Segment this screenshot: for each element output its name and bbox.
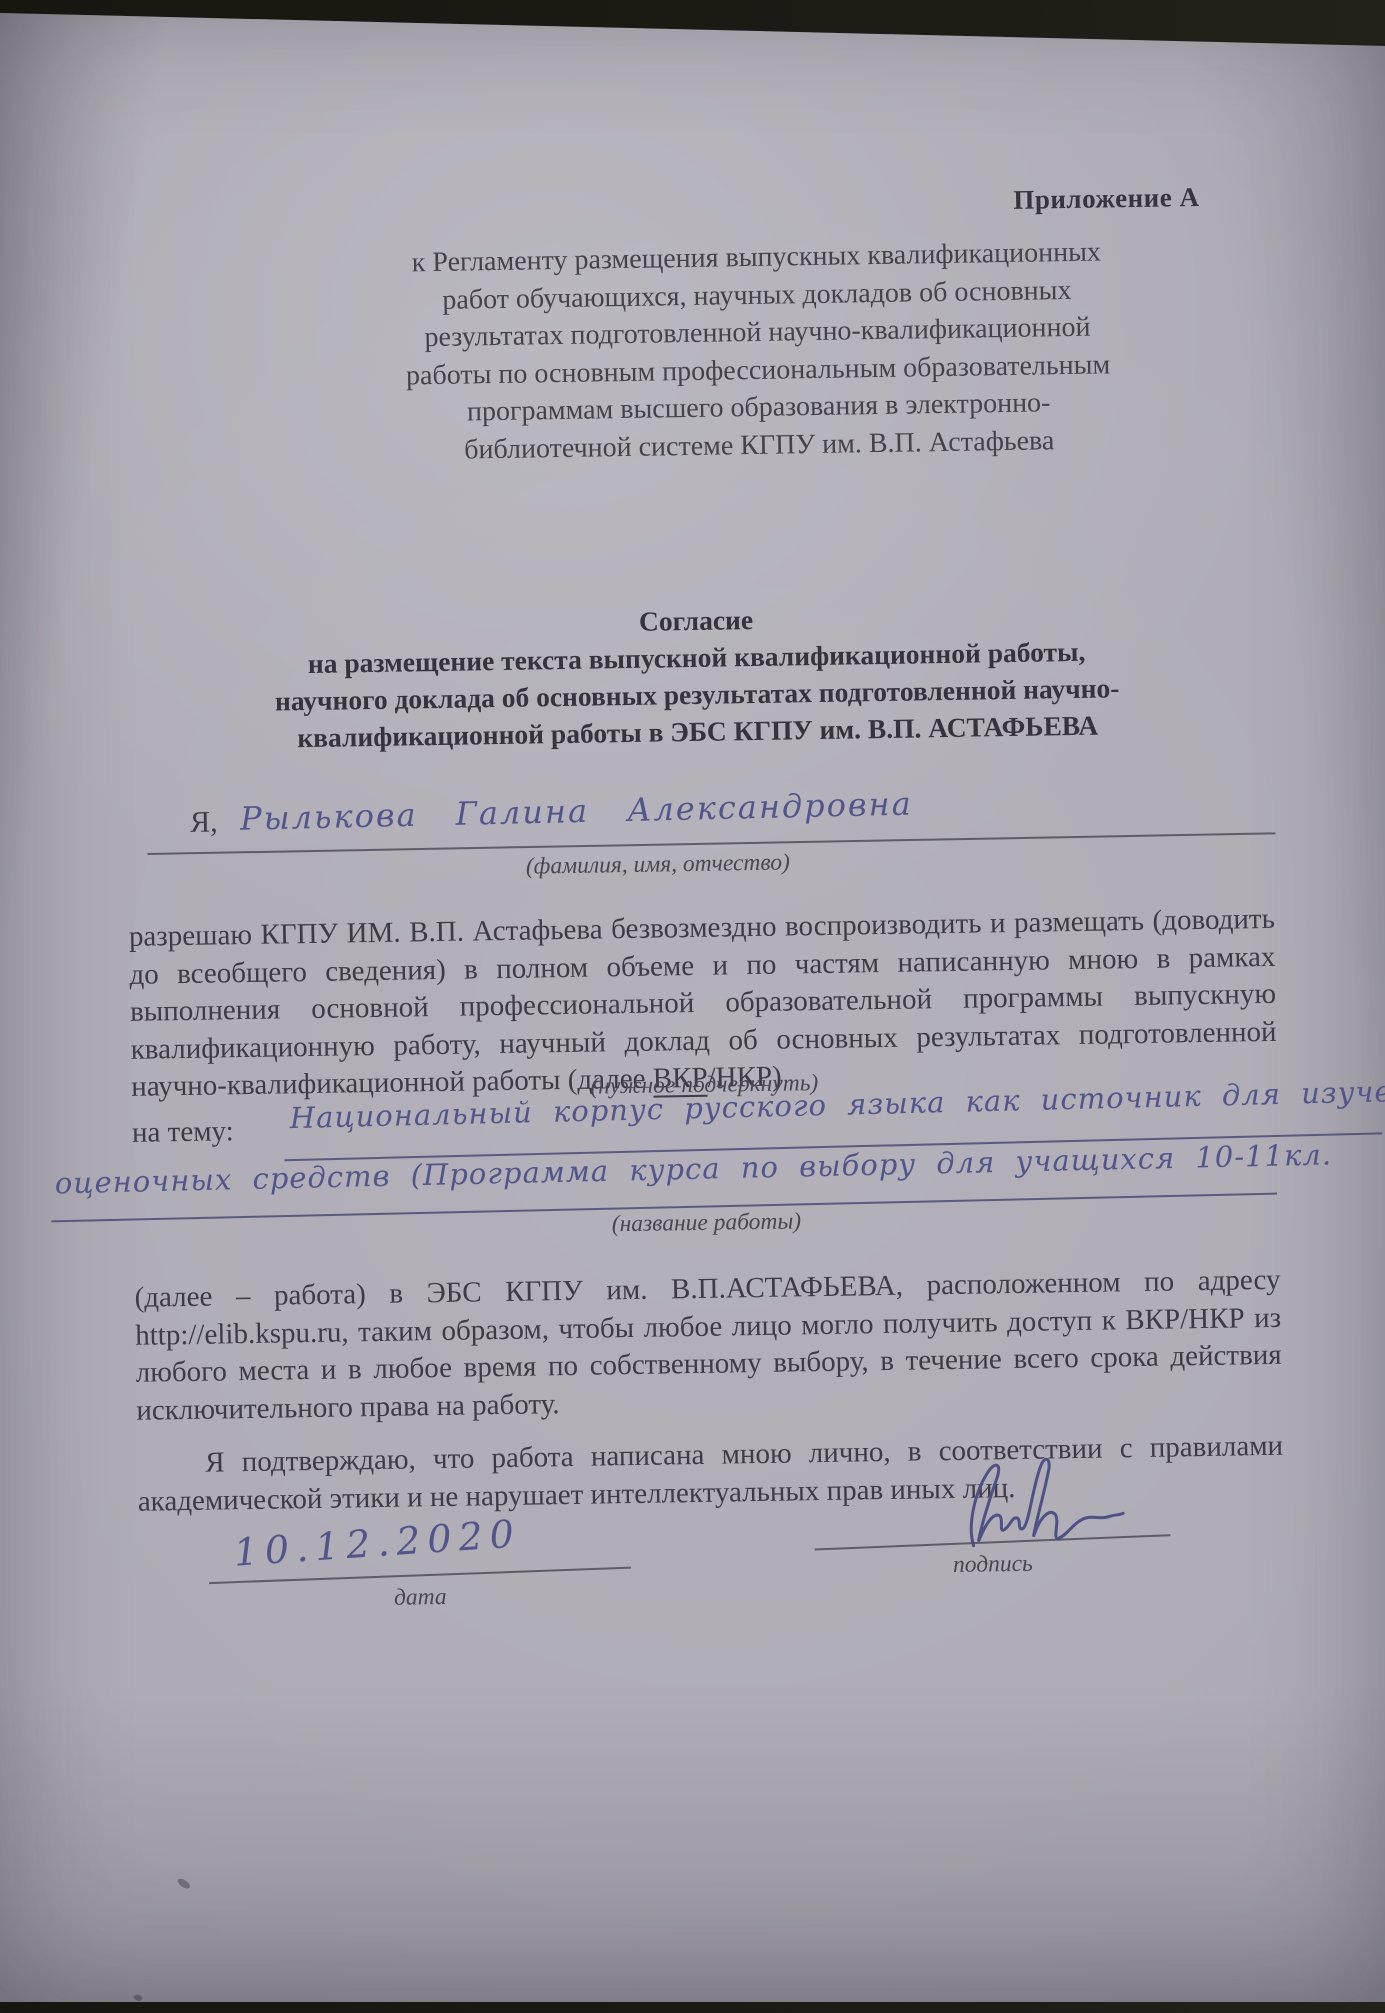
work-title-caption: (название работы): [133, 1201, 1279, 1246]
date-caption: дата: [209, 1581, 631, 1615]
paper-sheet: Приложение А к Регламенту размещения вып…: [0, 0, 1385, 2002]
theme-handwriting-line-2: оценочных средств (Программа курса по вы…: [54, 1138, 1294, 1200]
date-handwriting: 10.12.2020: [232, 1511, 522, 1574]
sheet-content: Приложение А к Регламенту размещения вып…: [0, 0, 1385, 2002]
access-paragraph: (далее – работа) в ЭБС КГПУ им. В.П.АСТА…: [134, 1262, 1282, 1430]
regulation-header: к Регламенту размещения выпускных квалиф…: [306, 232, 1209, 471]
signature-caption: подпись: [815, 1549, 1171, 1582]
appendix-label: Приложение А: [0, 182, 1200, 232]
declarant-name-handwriting: Рылькова Галина Александровна: [240, 776, 1291, 838]
paper-smudge: [176, 1877, 192, 1891]
declarant-prefix: Я,: [190, 805, 218, 839]
paper-smudge: [133, 1994, 143, 2002]
theme-label: на тему:: [132, 1115, 234, 1150]
consent-title: Согласие на размещение текста выпускной …: [122, 593, 1272, 759]
